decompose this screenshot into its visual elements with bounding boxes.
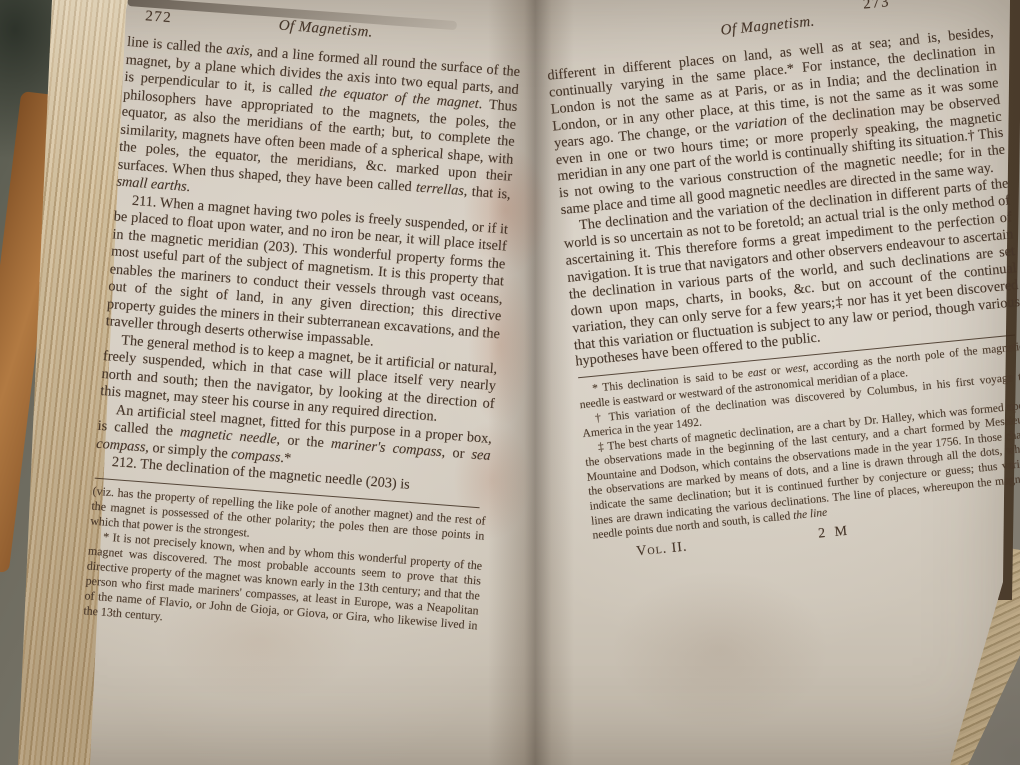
right-page-body: different in different places on land, a… — [547, 24, 1020, 371]
left-page-body: line is called the axis, and a line form… — [94, 34, 520, 500]
left-page-number: 272 — [145, 8, 173, 27]
right-page: 273 Of Magnetism. different in different… — [544, 0, 1020, 564]
book-photo: 272 Of Magnetism. line is called the axi… — [0, 0, 1020, 765]
signature-mark: 2 M — [818, 523, 851, 541]
left-page: 272 Of Magnetism. line is called the axi… — [83, 6, 523, 648]
paragraph: line is called the axis, and a line form… — [116, 34, 521, 221]
